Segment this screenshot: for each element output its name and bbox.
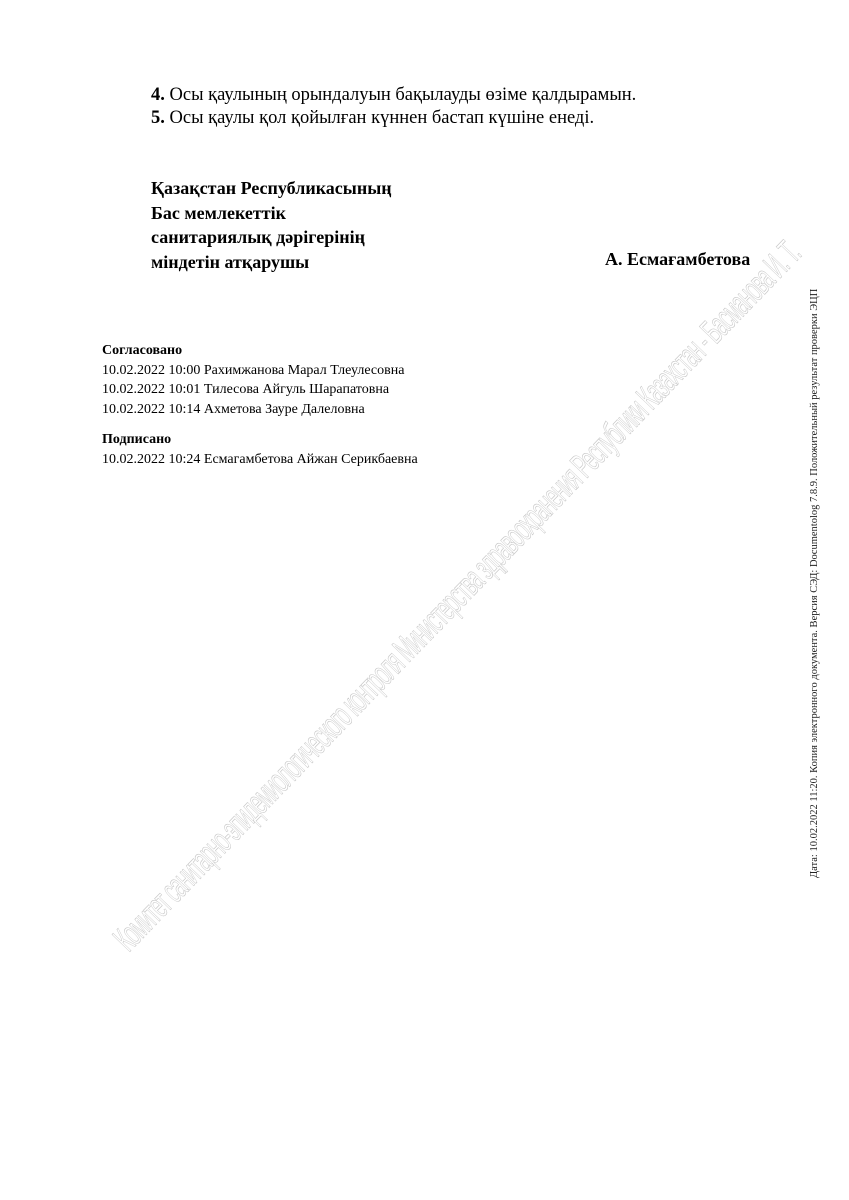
signed-entry: 10.02.2022 10:24 Есмагамбетова Айжан Сер… [102,450,418,470]
agreed-heading: Согласовано [102,341,404,361]
paragraph-5: 5. Осы қаулы қол қойылған күннен бастап … [151,107,594,130]
signed-section: Подписано 10.02.2022 10:24 Есмагамбетова… [102,430,418,469]
agreed-entry: 10.02.2022 10:00 Рахимжанова Марал Тлеул… [102,361,404,381]
paragraph-number: 5. [151,108,165,128]
signed-heading: Подписано [102,430,418,450]
signatory-title-line: санитариялық дәрігерінің [151,225,392,250]
paragraph-4: 4. Осы қаулының орындалуын бақылауды өзі… [151,84,636,107]
signatory-title: Қазақстан Республикасының Бас мемлекетті… [151,176,392,274]
agreed-section: Согласовано 10.02.2022 10:00 Рахимжанова… [102,341,404,419]
paragraph-text: Осы қаулы қол қойылған күннен бастап күш… [165,108,594,128]
signatory-title-line: Бас мемлекеттік [151,201,392,226]
agreed-entry: 10.02.2022 10:14 Ахметова Зауре Далеловн… [102,400,404,420]
paragraph-text: Осы қаулының орындалуын бақылауды өзіме … [165,85,636,105]
side-verification-note: Дата: 10.02.2022 11:20. Копия электронно… [809,289,820,878]
agreed-entry: 10.02.2022 10:01 Тилесова Айгуль Шарапат… [102,380,404,400]
signatory-title-line: міндетін атқарушы [151,250,392,275]
signatory-name: А. Есмағамбетова [605,249,750,270]
signatory-title-line: Қазақстан Республикасының [151,176,392,201]
paragraph-number: 4. [151,85,165,105]
document-page: 4. Осы қаулының орындалуын бақылауды өзі… [0,0,849,1200]
